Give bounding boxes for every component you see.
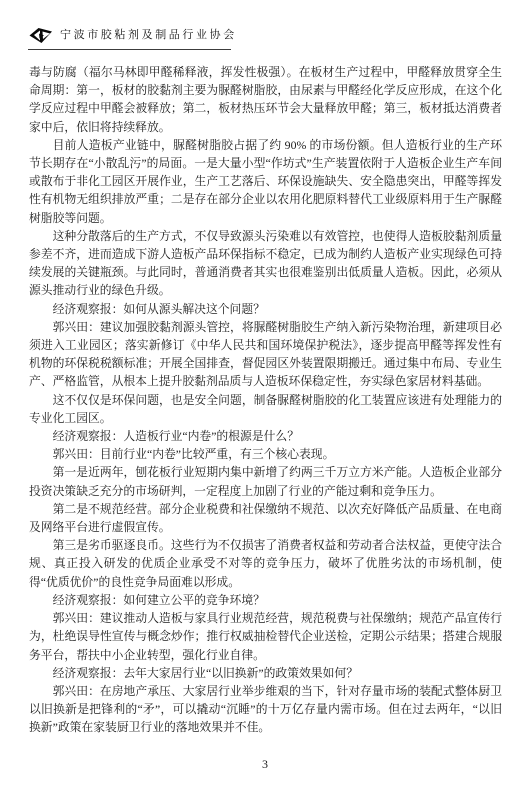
interview-answer: 郭兴田：目前行业“内卷”比较严重，有三个核心表现。 bbox=[29, 445, 502, 463]
interview-question: 经济观察报：去年大家居行业“以旧换新”的政策效果如何？ bbox=[29, 664, 502, 682]
page-number: 3 bbox=[0, 757, 530, 772]
interview-answer: 郭兴田：建议推动人造板与家具行业规范经营，规范税费与社保缴纳；规范产品宣传行为，… bbox=[29, 609, 502, 664]
paragraph: 第二是不规范经营。部分企业税费和社保缴纳不规范、以次充好降低产品质量、在电商及网… bbox=[29, 500, 502, 536]
interview-question: 经济观察报：人造板行业“内卷”的根源是什么？ bbox=[29, 427, 502, 445]
header-divider bbox=[28, 49, 231, 50]
document-page: 宁波市胶粘剂及制品行业协会 毒与防腐（福尔马林即甲醛稀释液，挥发性极强）。在板材… bbox=[0, 0, 530, 803]
paragraph: 毒与防腐（福尔马林即甲醛稀释液，挥发性极强）。在板材生产过程中，甲醛释放贯穿全生… bbox=[29, 63, 502, 136]
interview-answer: 郭兴田：建议加强胶黏剂源头管控，将脲醛树脂胶生产纳入新污染物治理，新建项目必须进… bbox=[29, 318, 502, 391]
interview-question: 经济观察报：如何建立公平的竞争环境？ bbox=[29, 591, 502, 609]
interview-answer: 郭兴田：在房地产承压、大家居行业举步维艰的当下，针对存量市场的装配式整体厨卫以旧… bbox=[29, 682, 502, 737]
paragraph: 第一是近两年，刨花板行业短期内集中新增了约两三千万立方米产能。人造板企业部分投资… bbox=[29, 463, 502, 499]
paragraph: 目前人造板产业链中，脲醛树脂胶占据了约 90% 的市场份额。但人造板行业的生产环… bbox=[29, 136, 502, 227]
page-header: 宁波市胶粘剂及制品行业协会 bbox=[29, 27, 237, 44]
interview-question: 经济观察报：如何从源头解决这个问题？ bbox=[29, 300, 502, 318]
paragraph: 第三是劣币驱逐良币。这些行为不仅损害了消费者权益和劳动者合法权益，更使守法合规、… bbox=[29, 536, 502, 591]
article-body: 毒与防腐（福尔马林即甲醛稀释液，挥发性极强）。在板材生产过程中，甲醛释放贯穿全生… bbox=[29, 63, 502, 737]
paragraph: 这种分散落后的生产方式，不仅导致源头污染难以有效管控，也使得人造板胶黏剂质量参差… bbox=[29, 227, 502, 300]
diamond-logo-icon bbox=[29, 27, 53, 44]
paragraph: 这不仅仅是环保问题，也是安全问题，制备脲醛树脂胶的化工装置应该进有处理能力的专业… bbox=[29, 391, 502, 427]
org-name: 宁波市胶粘剂及制品行业协会 bbox=[60, 27, 237, 44]
